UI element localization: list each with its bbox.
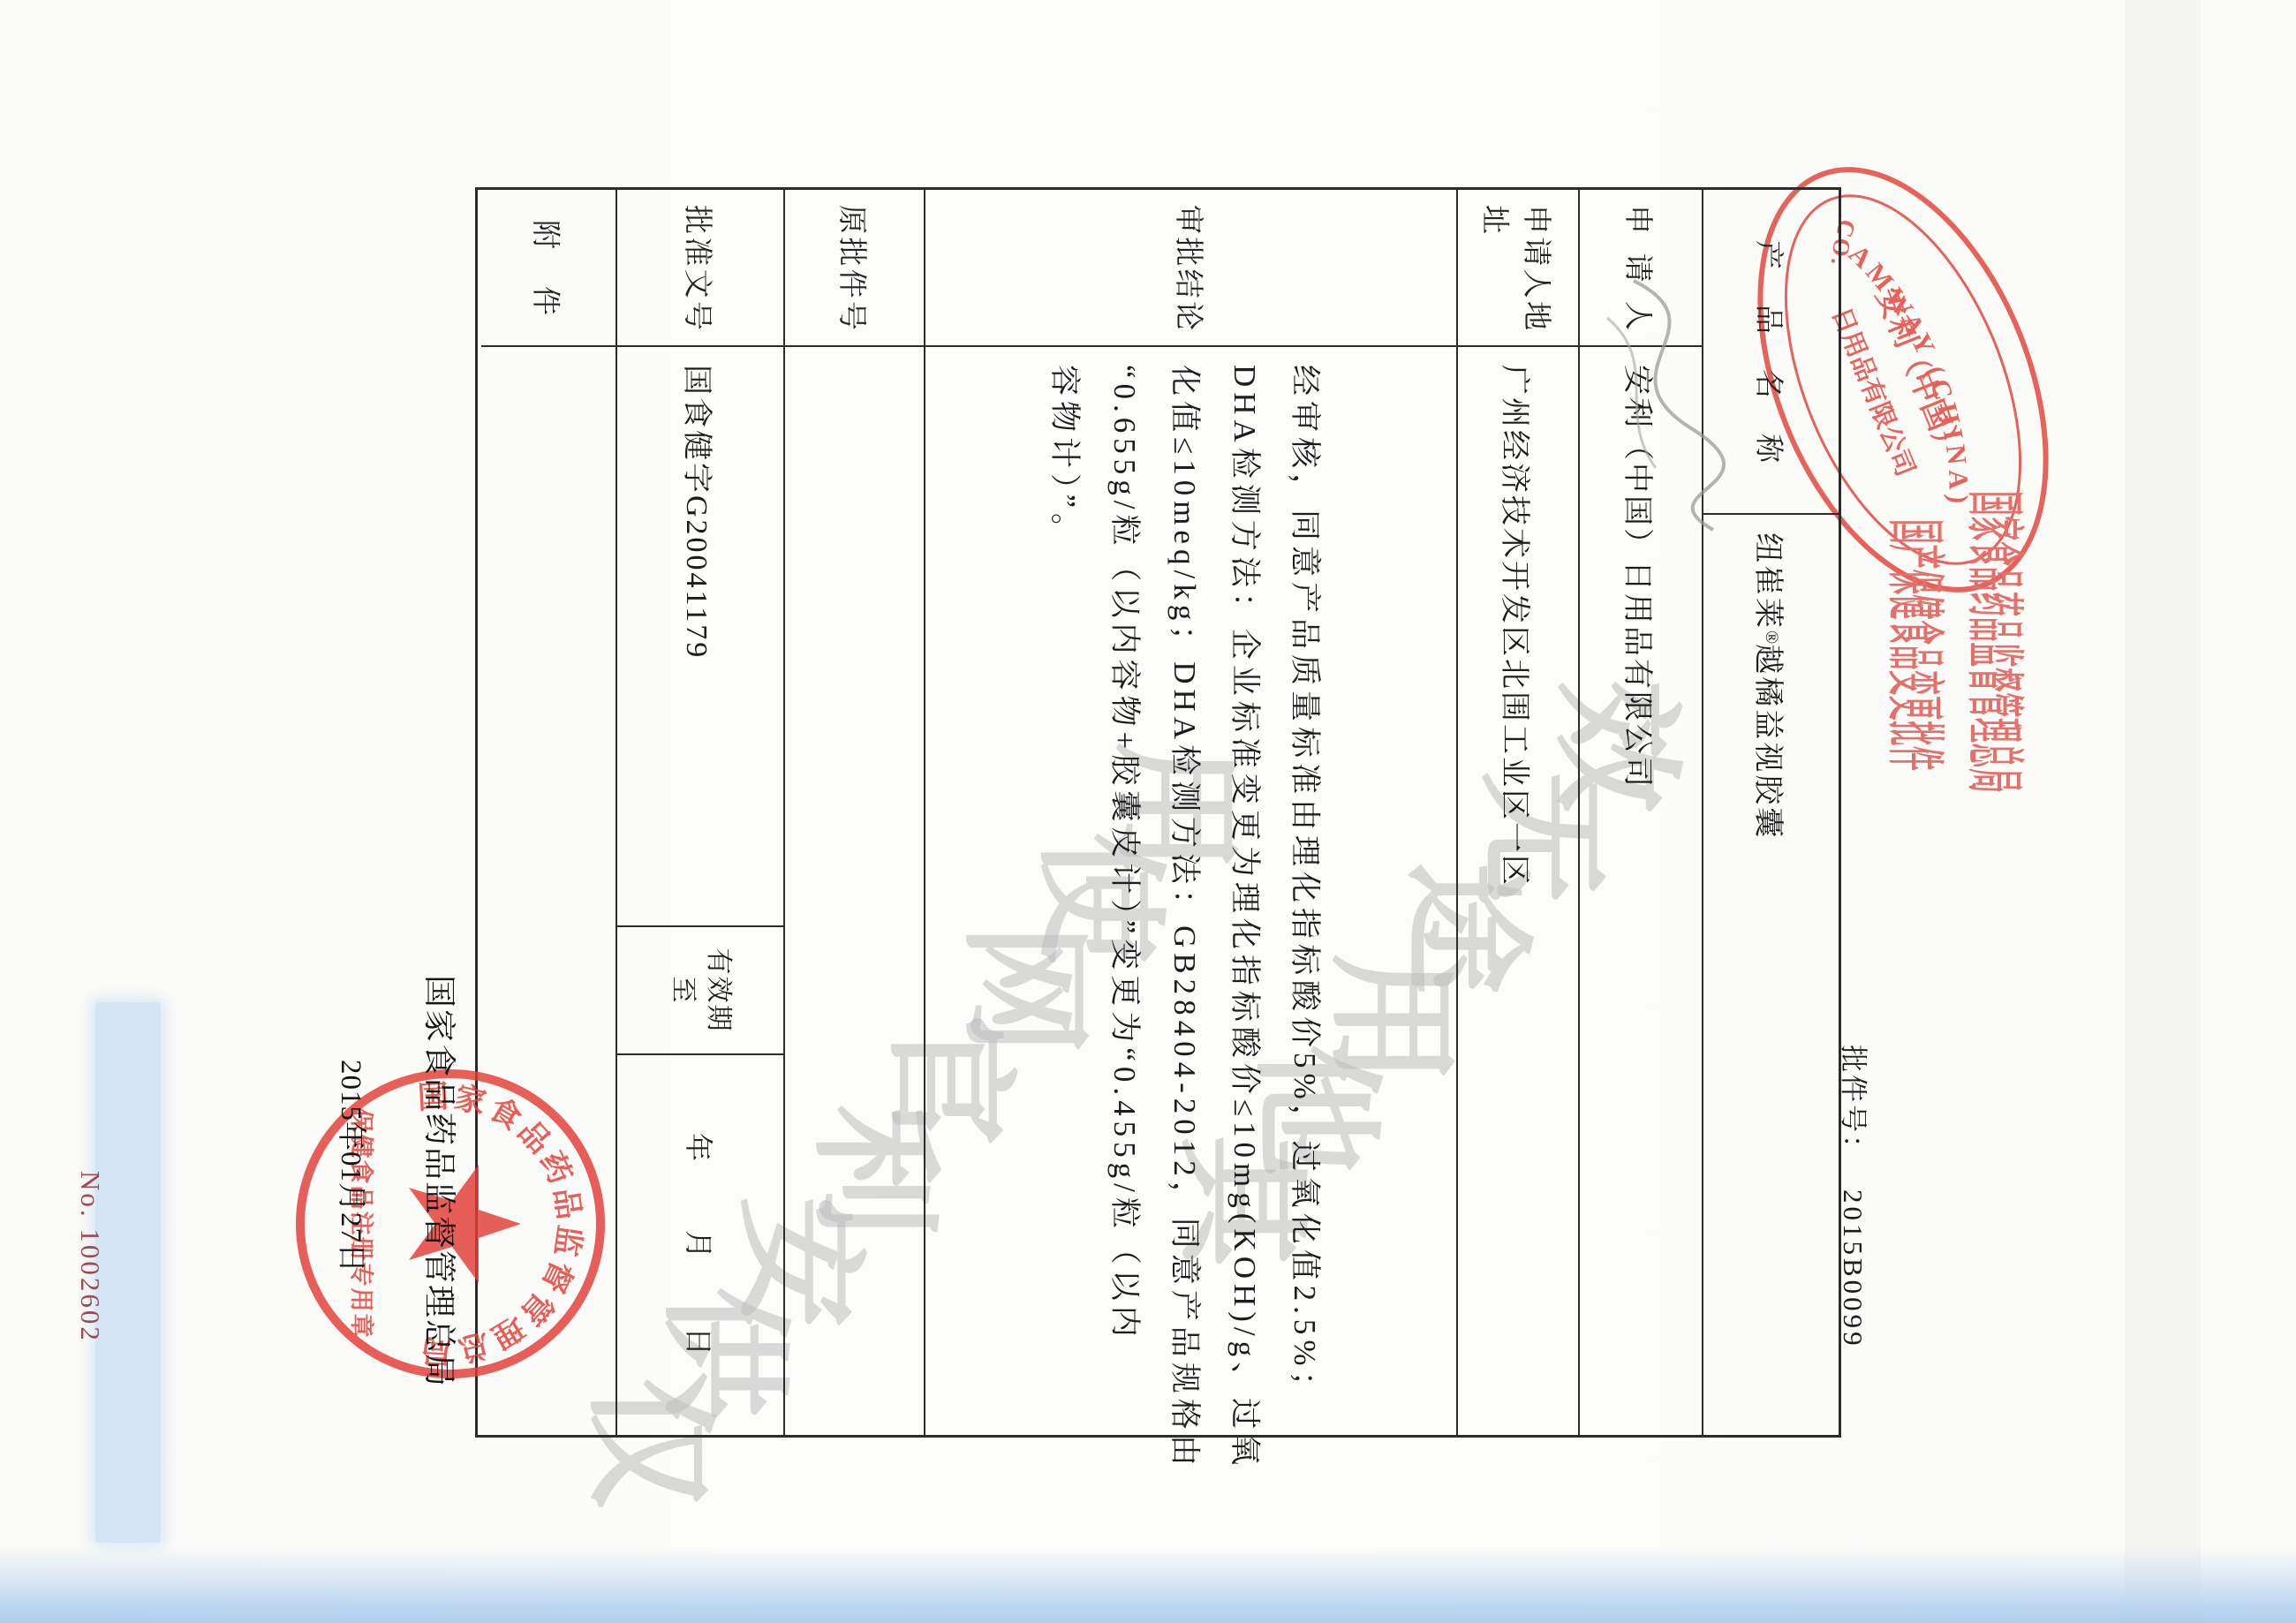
scan-shadow-band: [2125, 0, 2201, 1623]
date-field-month: 月: [680, 1230, 721, 1258]
page-subtitle: 国产保健食品变更批件: [1878, 519, 1962, 772]
original-no-label-cell: 原批件号: [785, 190, 924, 347]
scan-edge-blue-strip: [0, 1547, 2296, 1623]
license-no-label-cell: 批准文号: [617, 190, 783, 347]
license-no-label: 批准文号: [680, 205, 721, 330]
issue-date: 2015年01月27日: [333, 1060, 374, 1273]
conclusion-line: “0.655g/粒（以内容物+胶囊皮计）”变更为“0.455g/粒（以内: [1094, 365, 1154, 1471]
table-row-address: 申请人地址 广州经济技术开发区北围工业区一区: [1456, 190, 1578, 1435]
address-label: 申请人地址: [1477, 205, 1560, 330]
approval-number-line: 批件号：2015B0099: [1836, 1045, 1876, 1349]
license-no-value: 国食健字G20041179: [617, 347, 783, 925]
product-name-value: 纽崔莱®越橘益视胶囊: [1703, 515, 1839, 1435]
attachment-label-cell: 附件: [481, 190, 616, 347]
registered-mark: ®: [1761, 630, 1781, 644]
product-rest: 越橘益视胶囊: [1749, 644, 1793, 840]
conclusion-line: 经审核，同意产品质量标准由理化指标酸价5%，过氧化值2.5%；: [1274, 365, 1334, 1471]
certificate-page: 仅供安利官网使用其他用途无效 AMWAY (CHINA) CO. 安利（中国） …: [0, 0, 2296, 1623]
issuer-name: 国家食品药品监督管理总局: [419, 975, 466, 1388]
handwritten-mark: [1581, 265, 1740, 547]
conclusion-value: 经审核，同意产品质量标准由理化指标酸价5%，过氧化值2.5%； DHA检测方法：…: [925, 347, 1456, 1471]
date-field-day: 日: [680, 1327, 721, 1355]
page-title: 国家食品药品监督管理总局: [1958, 491, 2042, 794]
product-name-label: 产品名称: [1750, 240, 1792, 463]
date-field-year: 年: [680, 1133, 721, 1161]
table-row-license-no: 批准文号 国食健字G20041179 有效期至 年 月 日: [616, 190, 783, 1435]
conclusion-label: 审批结论: [1170, 205, 1212, 330]
original-no-value: [785, 347, 924, 1435]
serial-number: No. 1002602: [74, 1171, 106, 1343]
approval-number-value: 2015B0099: [1838, 1189, 1869, 1349]
approval-number-label: 批件号：: [1838, 1045, 1869, 1165]
table-row-original-no: 原批件号: [783, 190, 924, 1435]
validity-date-cell: 年 月 日: [617, 1053, 783, 1433]
conclusion-line: 化值≤10meq/kg；DHA检测方法：GB28404-2012，同意产品规格由: [1154, 365, 1214, 1471]
original-no-label: 原批件号: [834, 205, 875, 330]
scanned-certificate-image: 仅供安利官网使用其他用途无效 AMWAY (CHINA) CO. 安利（中国） …: [0, 0, 2296, 1623]
product-brand: 纽崔莱: [1749, 532, 1793, 630]
table-row-conclusion: 审批结论 经审核，同意产品质量标准由理化指标酸价5%，过氧化值2.5%； DHA…: [924, 190, 1456, 1435]
validity-label-cell: 有效期至: [617, 925, 783, 1053]
address-value: 广州经济技术开发区北围工业区一区: [1458, 347, 1578, 1435]
attachment-label: 附件: [528, 220, 570, 315]
validity-label: 有效期至: [665, 947, 736, 1035]
conclusion-line: 容物计）”。: [1034, 365, 1094, 1471]
conclusion-paragraph: 经审核，同意产品质量标准由理化指标酸价5%，过氧化值2.5%； DHA检测方法：…: [1034, 365, 1334, 1471]
conclusion-label-cell: 审批结论: [925, 190, 1456, 347]
address-label-cell: 申请人地址: [1458, 190, 1578, 347]
conclusion-line: DHA检测方法：企业标准变更为理化指标酸价≤10mg(KOH)/g、过氧: [1214, 365, 1274, 1471]
